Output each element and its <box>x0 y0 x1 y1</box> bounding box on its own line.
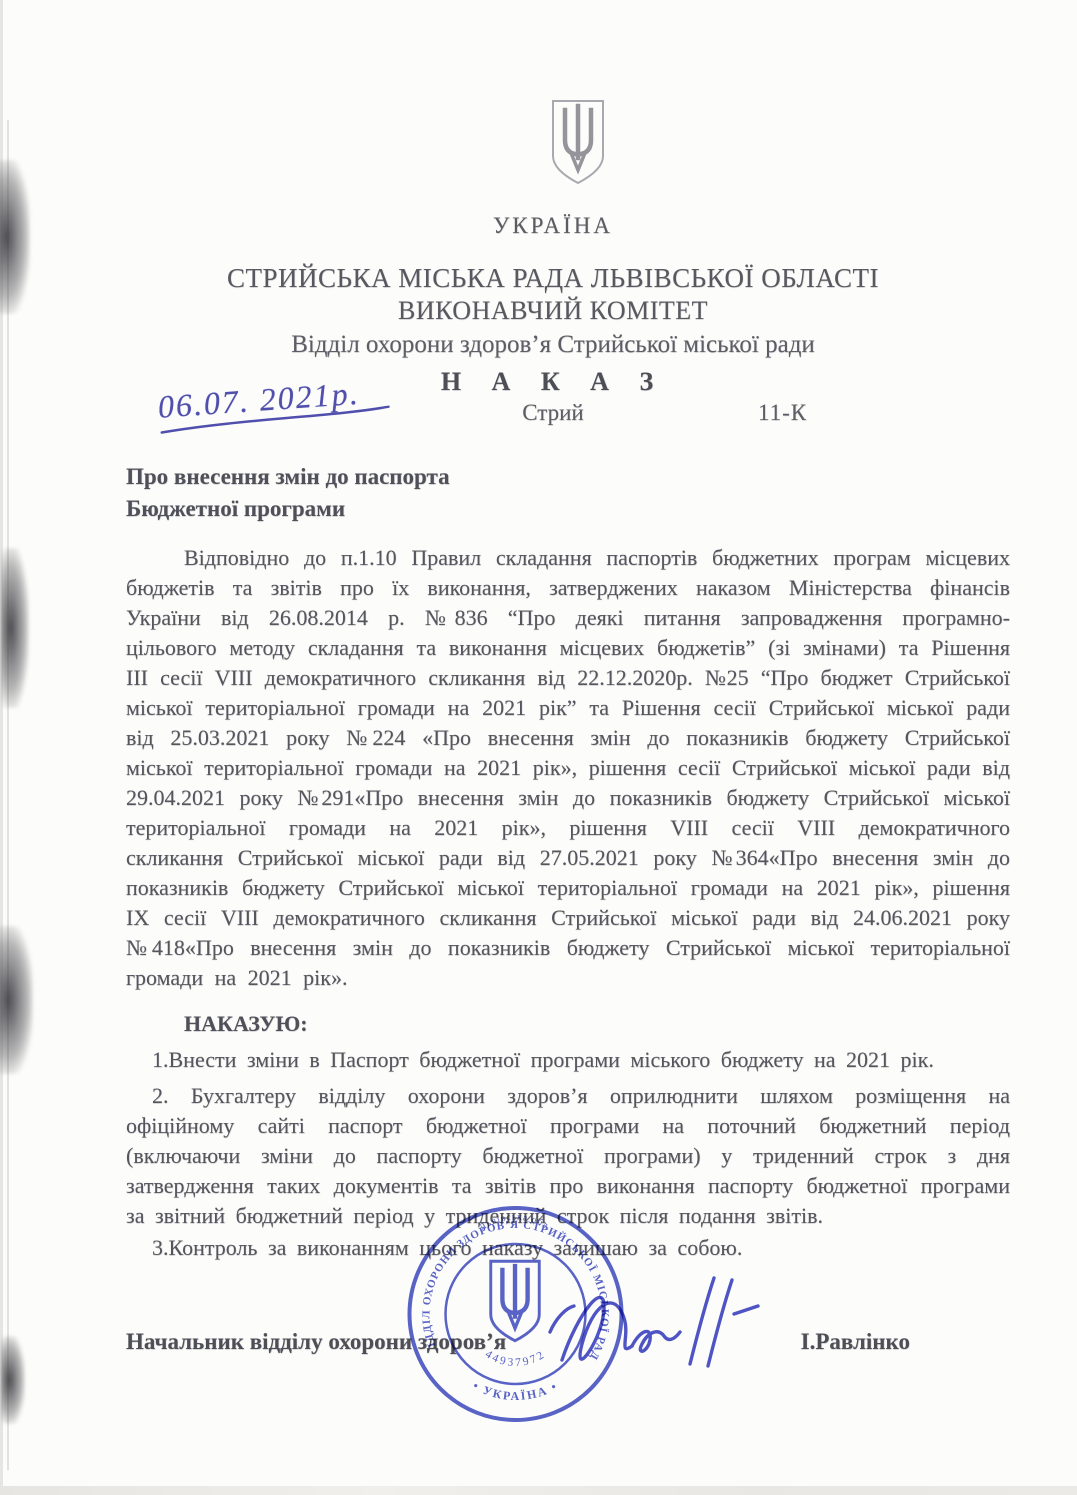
subject-line2: Бюджетної програми <box>126 493 726 525</box>
subject-line1: Про внесення змін до паспорта <box>126 461 726 493</box>
svg-text:• УКРАЇНА •: • УКРАЇНА • <box>471 1378 561 1402</box>
org-name-line2: ВИКОНАВЧИЙ КОМІТЕТ <box>120 296 986 326</box>
country-title: УКРАЇНА <box>120 213 986 239</box>
signer-name: І.Равлінко <box>801 1329 910 1355</box>
scan-edge-line <box>7 120 9 1470</box>
order-item-1: 1.Внести зміни в Паспорт бюджетної прогр… <box>126 1045 1010 1075</box>
stamp-edrpou-code: 44937972 <box>483 1348 548 1369</box>
document-number: 11-К <box>758 400 807 426</box>
scan-smudge <box>1 548 29 708</box>
subject-block: Про внесення змін до паспорта Бюджетної … <box>126 461 726 525</box>
order-heading: НАКАЗУЮ: <box>126 1009 1010 1039</box>
preamble-paragraph: Відповідно до п.1.10 Правил складання па… <box>126 543 1010 993</box>
org-name-line1: СТРИЙСЬКА МІСЬКА РАДА ЛЬВІВСЬКОЇ ОБЛАСТІ <box>120 263 986 294</box>
scanned-order-document: УКРАЇНА СТРИЙСЬКА МІСЬКА РАДА ЛЬВІВСЬКОЇ… <box>0 0 1077 1495</box>
svg-text:44937972: 44937972 <box>483 1348 548 1369</box>
handwritten-signature <box>548 1248 763 1438</box>
scan-smudge <box>1 1336 25 1424</box>
ukraine-trident-emblem-icon <box>545 98 611 186</box>
document-body: Відповідно до п.1.10 Правил складання па… <box>126 543 1010 1263</box>
scan-bottom-strip <box>0 1486 1077 1495</box>
scan-smudge <box>0 160 30 314</box>
scan-smudge <box>0 926 33 1074</box>
stamp-country-text: • УКРАЇНА • <box>471 1378 561 1402</box>
org-department-line: Відділ охорони здоров’я Стрийської міськ… <box>120 331 986 359</box>
